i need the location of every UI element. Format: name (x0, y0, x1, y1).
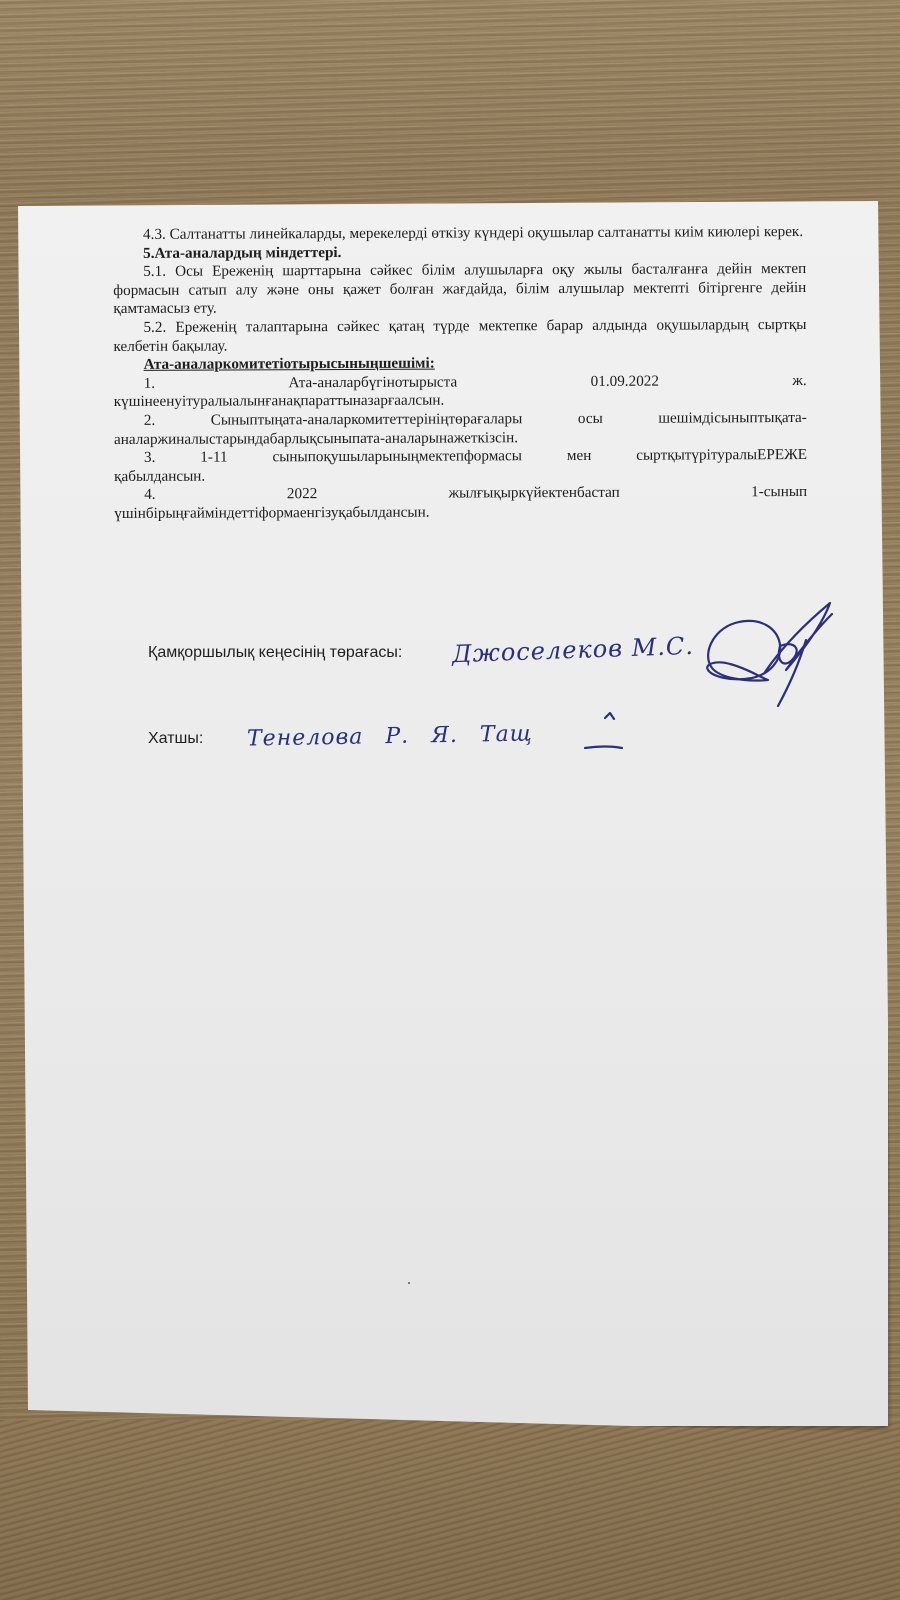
desk-surface (0, 1420, 900, 1600)
paragraph-5-1: 5.1. Осы Ереженің шарттарына сәйкес білі… (113, 260, 806, 319)
paper-speck (408, 1282, 410, 1284)
decision-item-2: 2. Сыныптыңата-аналаркомитеттерініңтөрағ… (114, 409, 807, 449)
chair-signature-label: Қамқоршылық кеңесінің төрағасы: (148, 644, 402, 662)
document-body: 4.3. Салтанатты линейкаларды, мерекелерд… (113, 223, 807, 524)
decision-item-1: 1. Ата-аналарбүгінотырыста 01.09.2022 ж.… (114, 372, 807, 412)
decision-item-number: 3. (144, 449, 155, 468)
decision-item-number: 1. (144, 375, 155, 394)
paragraph-5-2: 5.2. Ереженің талаптарына сәйкес қатаң т… (113, 316, 806, 356)
decision-item-number: 2. (144, 412, 155, 431)
secretary-signature-label: Хатшы: (148, 730, 203, 748)
decision-item-3: 3. 1-11 сыныпоқушыларыныңмектепформасы м… (114, 446, 807, 486)
decision-item-number: 4. (144, 486, 155, 505)
decision-item-4: 4. 2022 жылғықыркүйектенбастап 1-сынып ү… (114, 483, 807, 523)
secretary-handwritten-name: Тенелова Р. Я. Тащ (247, 722, 533, 752)
paragraph-4-3: 4.3. Салтанатты линейкаларды, мерекелерд… (113, 223, 806, 245)
decision-date: 01.09.2022 (591, 372, 659, 391)
secretary-initial-sign: Тащ (480, 722, 533, 748)
